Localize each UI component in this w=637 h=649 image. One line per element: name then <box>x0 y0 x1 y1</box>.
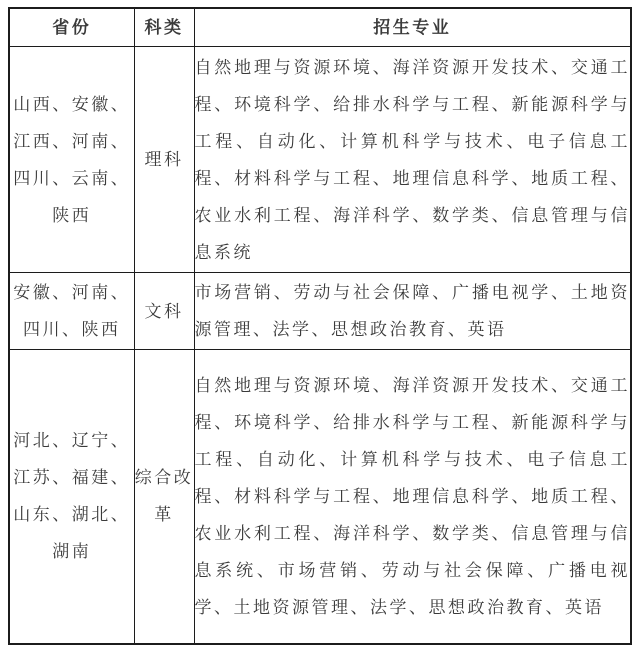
admission-majors-table: 省份 科类 招生专业 山西、安徽、江西、河南、四川、云南、陕西 理科 自然地理与… <box>8 7 632 645</box>
table-row: 安徽、河南、四川、陕西 文科 市场营销、劳动与社会保障、广播电视学、土地资源管理… <box>9 273 631 350</box>
table-row: 山西、安徽、江西、河南、四川、云南、陕西 理科 自然地理与资源环境、海洋资源开发… <box>9 47 631 273</box>
category-cell: 文科 <box>134 273 194 350</box>
header-category: 科类 <box>134 8 194 47</box>
header-row: 省份 科类 招生专业 <box>9 8 631 47</box>
majors-cell: 自然地理与资源环境、海洋资源开发技术、交通工程、环境科学、给排水科学与工程、新能… <box>194 350 631 644</box>
admission-table-container: 省份 科类 招生专业 山西、安徽、江西、河南、四川、云南、陕西 理科 自然地理与… <box>8 7 632 645</box>
header-province: 省份 <box>9 8 134 47</box>
majors-cell: 自然地理与资源环境、海洋资源开发技术、交通工程、环境科学、给排水科学与工程、新能… <box>194 47 631 273</box>
header-majors: 招生专业 <box>194 8 631 47</box>
province-cell: 河北、辽宁、江苏、福建、山东、湖北、湖南 <box>9 350 134 644</box>
province-cell: 山西、安徽、江西、河南、四川、云南、陕西 <box>9 47 134 273</box>
category-cell: 综合改革 <box>134 350 194 644</box>
majors-cell: 市场营销、劳动与社会保障、广播电视学、土地资源管理、法学、思想政治教育、英语 <box>194 273 631 350</box>
category-cell: 理科 <box>134 47 194 273</box>
province-cell: 安徽、河南、四川、陕西 <box>9 273 134 350</box>
table-row: 河北、辽宁、江苏、福建、山东、湖北、湖南 综合改革 自然地理与资源环境、海洋资源… <box>9 350 631 644</box>
